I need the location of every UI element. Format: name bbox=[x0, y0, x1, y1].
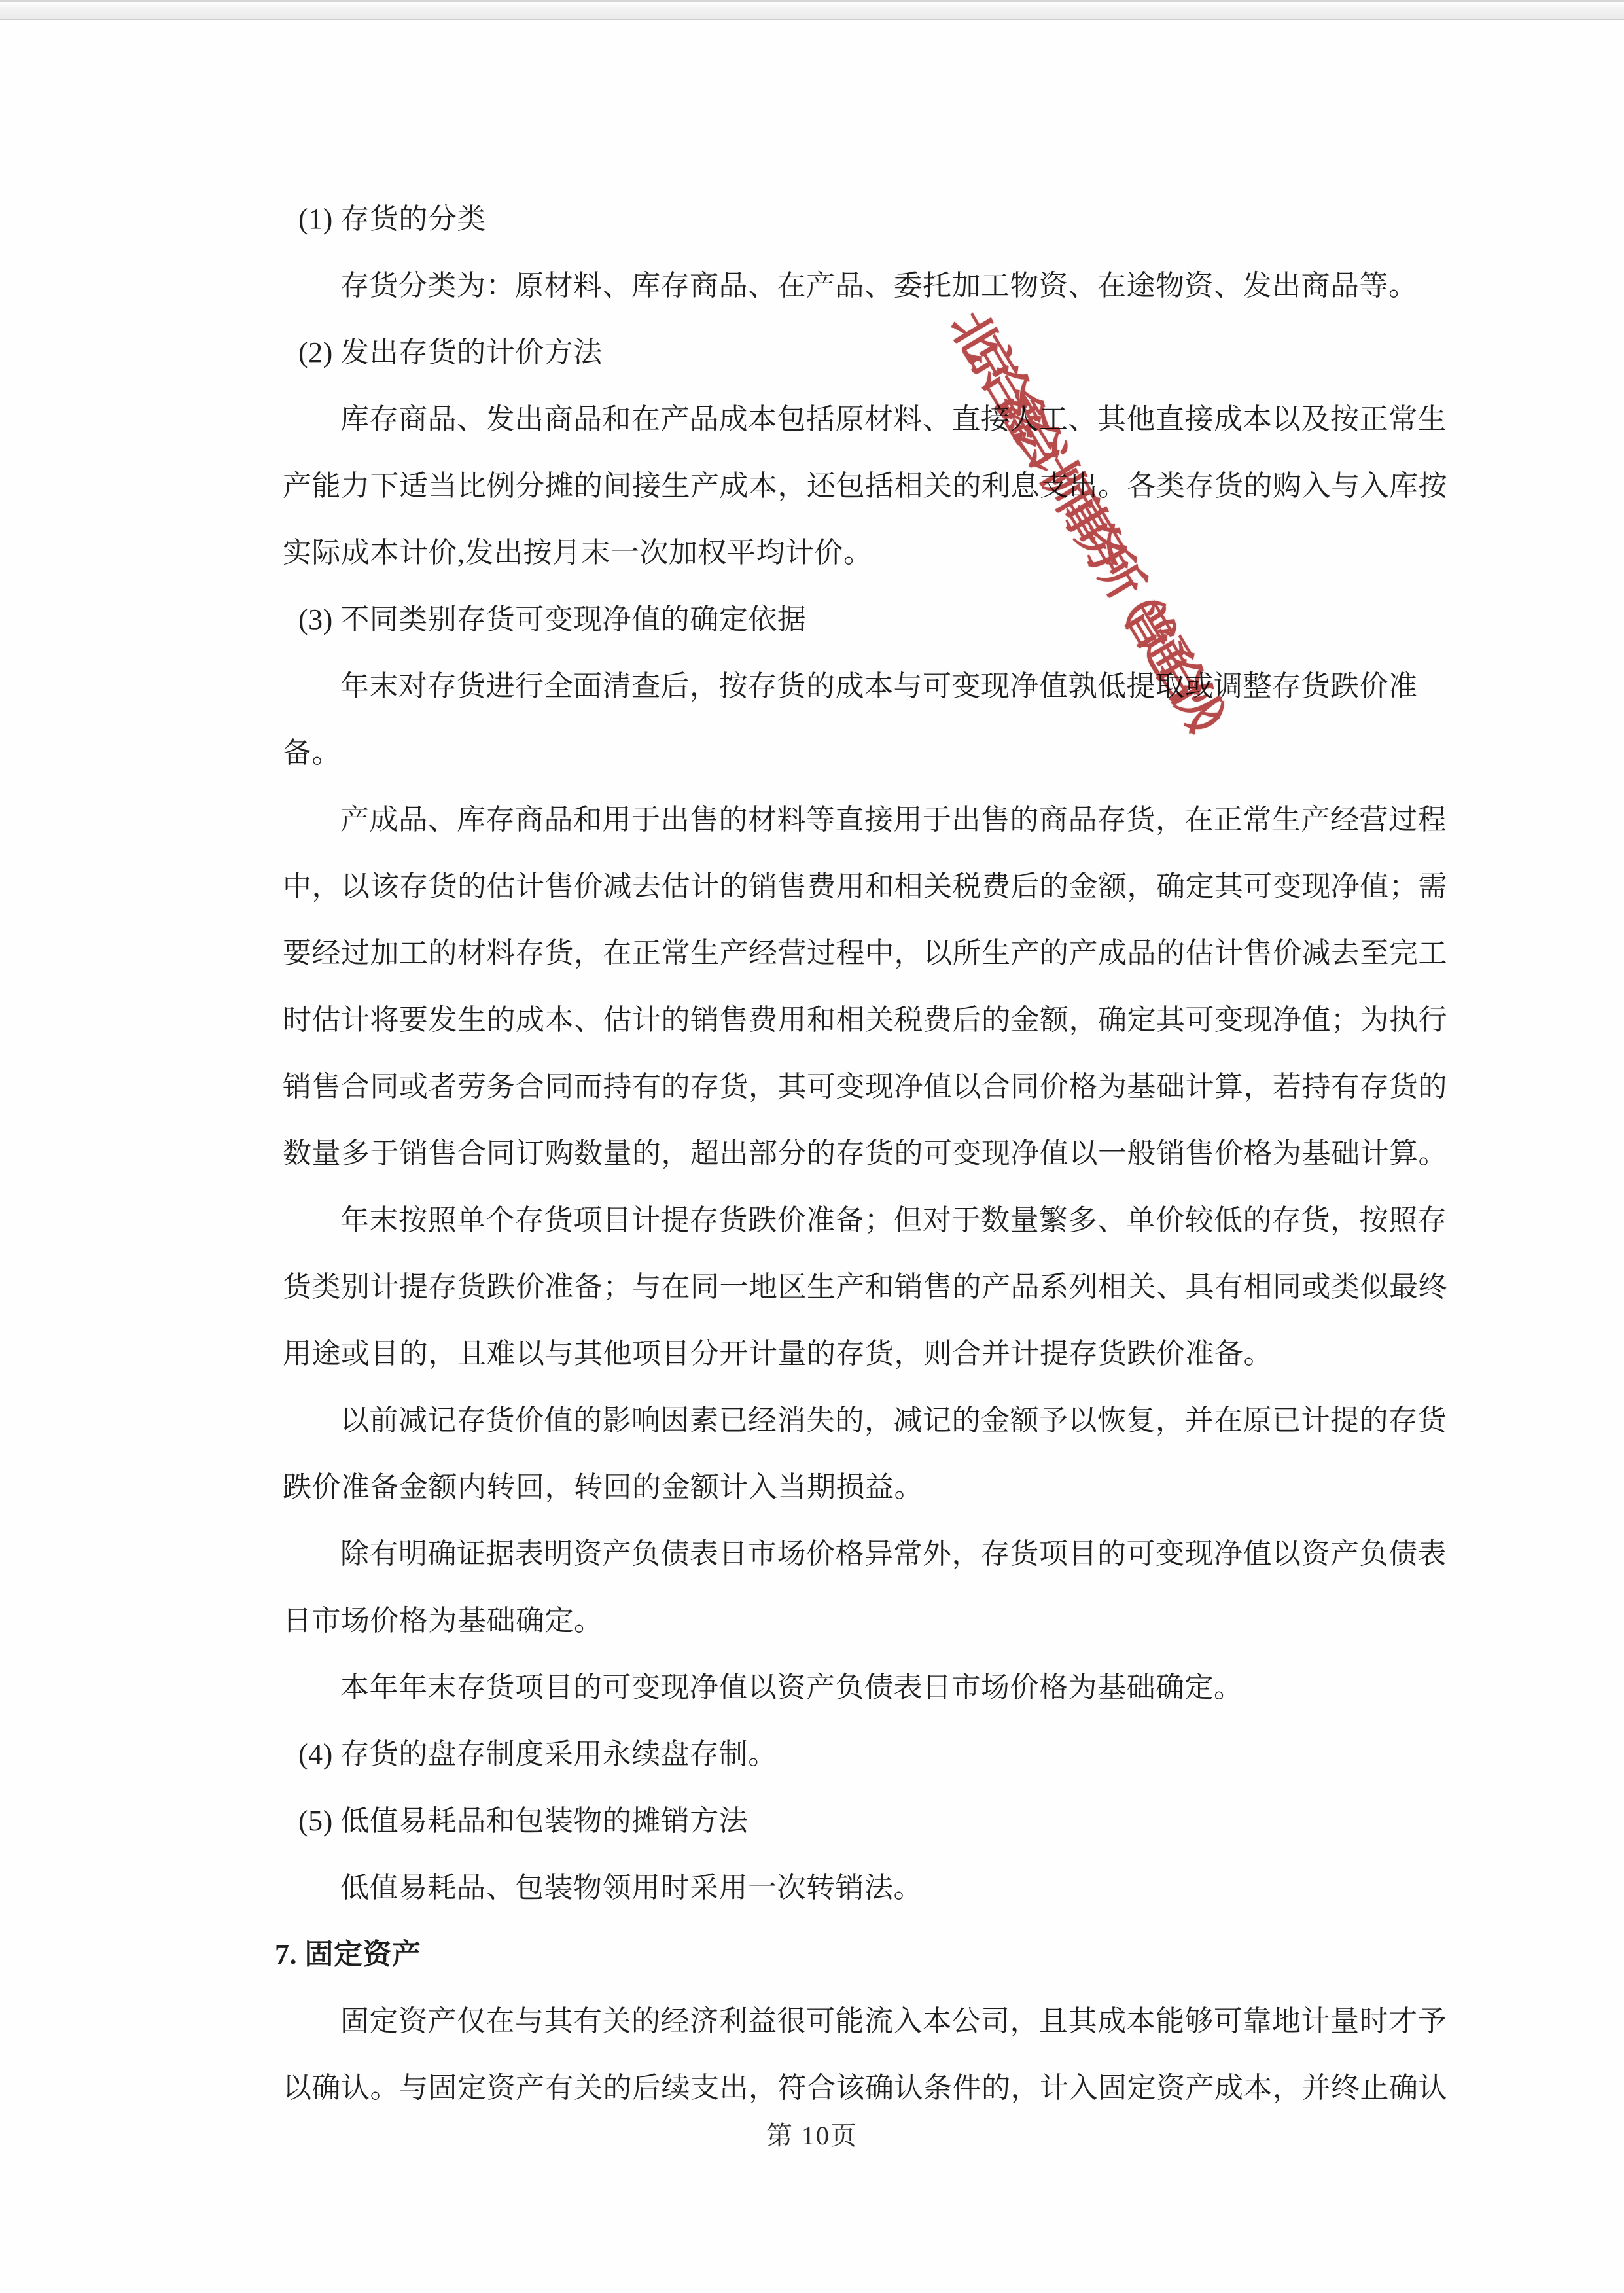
text-line: 产成品、库存商品和用于出售的材料等直接用于出售的商品存货，在正常生产经营过程 bbox=[275, 787, 1433, 853]
page-number-footer: 第 10页 bbox=[0, 2115, 1624, 2152]
text-line: 数量多于销售合同订购数量的，超出部分的存货的可变现净值以一般销售价格为基础计算。 bbox=[275, 1120, 1433, 1187]
scanned-document-page: (1) 存货的分类存货分类为：原材料、库存商品、在产品、委托加工物资、在途物资、… bbox=[0, 0, 1624, 2293]
text-line: 本年年末存货项目的可变现净值以资产负债表日市场价格为基础确定。 bbox=[275, 1654, 1433, 1721]
text-line: 货类别计提存货跌价准备；与在同一地区生产和销售的产品系列相关、具有相同或类似最终 bbox=[275, 1254, 1433, 1321]
text-line: (2) 发出存货的计价方法 bbox=[275, 319, 1433, 386]
text-line: (4) 存货的盘存制度采用永续盘存制。 bbox=[275, 1721, 1433, 1788]
text-line: 时估计将要发生的成本、估计的销售费用和相关税费后的金额，确定其可变现净值；为执行 bbox=[275, 987, 1433, 1054]
text-line: (3) 不同类别存货可变现净值的确定依据 bbox=[275, 586, 1433, 653]
text-line: 产能力下适当比例分摊的间接生产成本，还包括相关的利息支出。各类存货的购入与入库按 bbox=[275, 453, 1433, 520]
text-line: 备。 bbox=[275, 720, 1433, 787]
text-line: 年末对存货进行全面清查后，按存货的成本与可变现净值孰低提取或调整存货跌价准 bbox=[275, 653, 1433, 720]
text-line: 要经过加工的材料存货，在正常生产经营过程中，以所生产的产成品的估计售价减去至完工 bbox=[275, 920, 1433, 987]
text-line: (1) 存货的分类 bbox=[275, 186, 1433, 253]
text-line: 库存商品、发出商品和在产品成本包括原材料、直接人工、其他直接成本以及按正常生 bbox=[275, 386, 1433, 453]
text-line: 低值易耗品、包装物领用时采用一次转销法。 bbox=[275, 1855, 1433, 1921]
text-line: 固定资产仅在与其有关的经济利益很可能流入本公司，且其成本能够可靠地计量时才予 bbox=[275, 1988, 1433, 2055]
text-line: 存货分类为：原材料、库存商品、在产品、委托加工物资、在途物资、发出商品等。 bbox=[275, 253, 1433, 319]
text-line: 除有明确证据表明资产负债表日市场价格异常外，存货项目的可变现净值以资产负债表 bbox=[275, 1521, 1433, 1588]
text-line: 以确认。与固定资产有关的后续支出，符合该确认条件的，计入固定资产成本，并终止确认 bbox=[275, 2055, 1433, 2122]
text-line: 用途或目的，且难以与其他项目分开计量的存货，则合并计提存货跌价准备。 bbox=[275, 1321, 1433, 1387]
document-body: (1) 存货的分类存货分类为：原材料、库存商品、在产品、委托加工物资、在途物资、… bbox=[0, 0, 1624, 2122]
text-line: 实际成本计价,发出按月末一次加权平均计价。 bbox=[275, 520, 1433, 586]
text-line: (5) 低值易耗品和包装物的摊销方法 bbox=[275, 1788, 1433, 1855]
text-line: 中，以该存货的估计售价减去估计的销售费用和相关税费后的金额，确定其可变现净值；需 bbox=[275, 853, 1433, 920]
text-line: 跌价准备金额内转回，转回的金额计入当期损益。 bbox=[275, 1454, 1433, 1521]
text-line: 日市场价格为基础确定。 bbox=[275, 1588, 1433, 1654]
section-heading: 7. 固定资产 bbox=[275, 1921, 1433, 1988]
text-line: 销售合同或者劳务合同而持有的存货，其可变现净值以合同价格为基础计算，若持有存货的 bbox=[275, 1054, 1433, 1120]
text-line: 以前减记存货价值的影响因素已经消失的，减记的金额予以恢复，并在原已计提的存货 bbox=[275, 1387, 1433, 1454]
text-line: 年末按照单个存货项目计提存货跌价准备；但对于数量繁多、单价较低的存货，按照存 bbox=[275, 1187, 1433, 1254]
